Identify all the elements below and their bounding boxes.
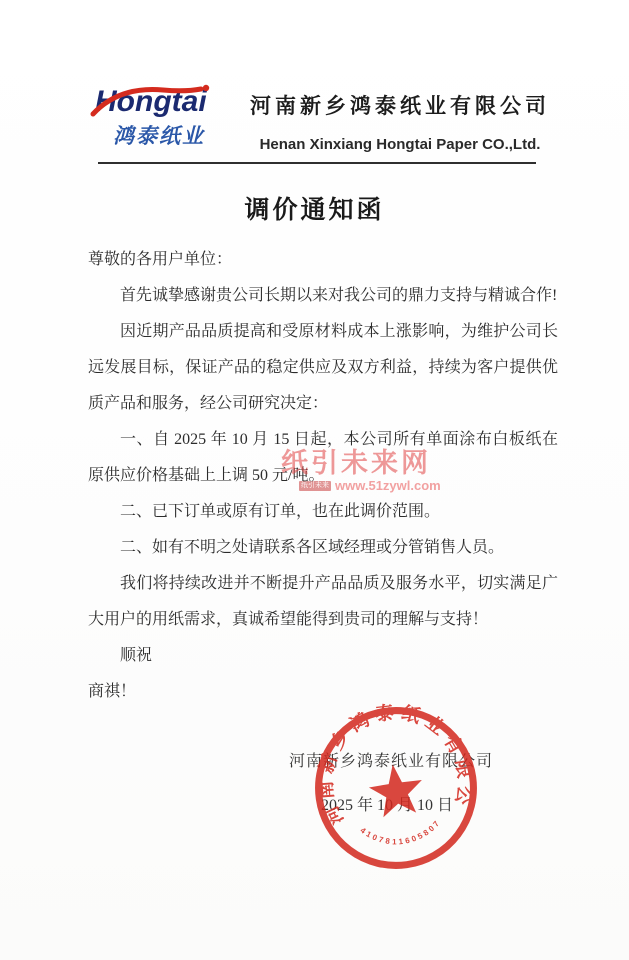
logo-chinese-name: 鸿泰纸业 bbox=[113, 120, 245, 150]
seal-ring-text: 河南新乡鸿泰纸业有限公司 bbox=[297, 689, 480, 836]
company-name-english: Henan Xinxiang Hongtai Paper CO.,Ltd. bbox=[250, 136, 550, 153]
paragraph-commitment: 我们将持续改进并不断提升产品品质及服务水平，切实满足广大用户的用纸需求，真诚希望… bbox=[88, 566, 558, 638]
seal-serial-number: 4107811605807 bbox=[358, 815, 445, 852]
paragraph-item-2: 二、已下订单或原有订单，也在此调价范围。 bbox=[88, 494, 558, 530]
salutation: 尊敬的各用户单位： bbox=[88, 242, 558, 278]
document-page: Hongtai 鸿泰纸业 河南新乡鸿泰纸业有限公司 Henan Xinxiang… bbox=[0, 0, 629, 960]
svg-text:4107811605807: 4107811605807 bbox=[358, 815, 445, 852]
logo-text: Hongtai bbox=[95, 85, 207, 118]
well-wishes: 顺祝 bbox=[88, 638, 558, 674]
closing-salute: 商祺！ bbox=[88, 674, 558, 710]
header-divider bbox=[98, 162, 536, 164]
seal-star-icon bbox=[366, 761, 426, 819]
company-name-chinese: 河南新乡鸿泰纸业有限公司 bbox=[250, 90, 550, 120]
company-logo: Hongtai 鸿泰纸业 bbox=[95, 86, 245, 150]
paragraph-item-1: 一、自 2025 年 10 月 15 日起，本公司所有单面涂布白板纸在原供应价格… bbox=[88, 422, 558, 494]
paragraph-reason: 因近期产品品质提高和受原材料成本上涨影响，为维护公司长远发展目标，保证产品的稳定… bbox=[88, 314, 558, 422]
paragraph-thanks: 首先诚挚感谢贵公司长期以来对我公司的鼎力支持与精诚合作! bbox=[88, 278, 558, 314]
logo-wordmark: Hongtai bbox=[95, 86, 245, 118]
company-seal-stamp-icon: 河南新乡鸿泰纸业有限公司 4107811605807 bbox=[297, 689, 496, 888]
letter-body: 尊敬的各用户单位： 首先诚挚感谢贵公司长期以来对我公司的鼎力支持与精诚合作! 因… bbox=[88, 242, 558, 710]
company-header: 河南新乡鸿泰纸业有限公司 Henan Xinxiang Hongtai Pape… bbox=[250, 90, 550, 153]
document-title: 调价通知函 bbox=[0, 190, 629, 226]
paragraph-item-3: 二、如有不明之处请联系各区域经理或分管销售人员。 bbox=[88, 530, 558, 566]
svg-text:河南新乡鸿泰纸业有限公司: 河南新乡鸿泰纸业有限公司 bbox=[297, 689, 480, 836]
